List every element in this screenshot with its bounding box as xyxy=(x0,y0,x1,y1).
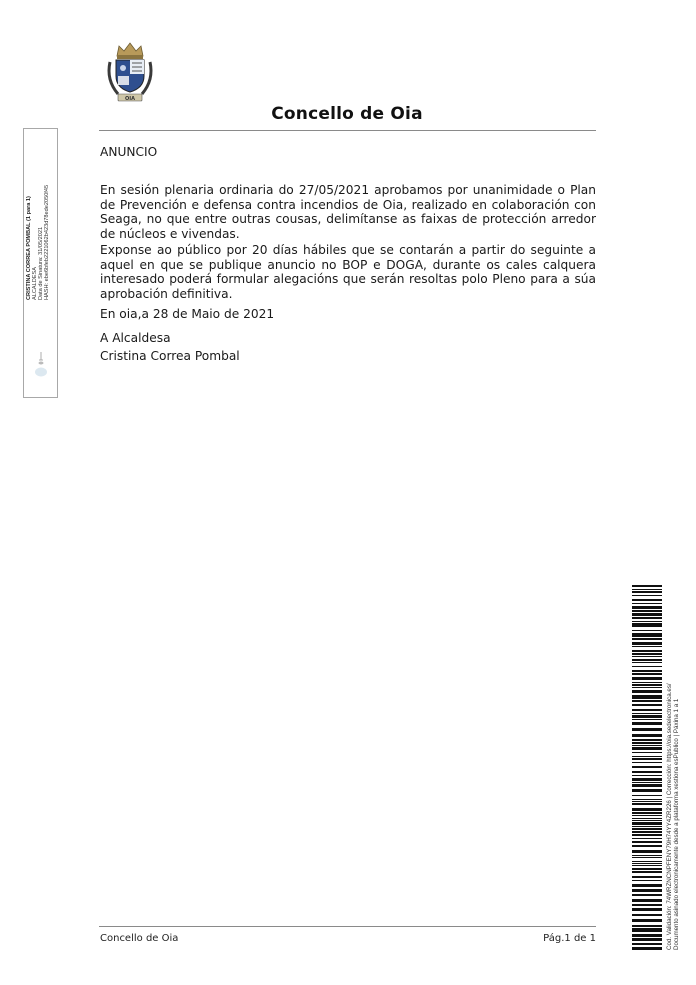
signature-hash: HASH: ebe6bfeb2221062b423d78ede2050f45 xyxy=(45,185,51,300)
validation-platform: Documento asinado electronicamente desde… xyxy=(673,683,680,950)
footer-org: Concello de Oia xyxy=(100,933,178,944)
document-heading: ANUNCIO xyxy=(100,145,596,160)
signature-stamp-icon xyxy=(33,350,49,380)
footer-divider xyxy=(99,926,596,927)
signer-role: A Alcaldesa xyxy=(100,331,171,345)
signature-info: CRISTINA CORREA POMBAL (1 para 1) ALCALD… xyxy=(27,185,51,300)
barcode-icon xyxy=(632,585,662,950)
svg-text:OIA: OIA xyxy=(125,96,135,102)
place-date: En oia,a 28 de Maio de 2021 xyxy=(100,307,274,321)
page-title: Concello de Oia xyxy=(98,104,596,124)
validation-info: Cod. Validación: 74WRZNCNPFENY79H74YY4ZR… xyxy=(666,683,680,950)
coat-of-arms-icon: OIA xyxy=(104,40,156,104)
validation-code: Cod. Validación: 74WRZNCNPFENY79H74YY4ZR… xyxy=(666,683,673,950)
header-divider xyxy=(99,130,596,131)
paragraph: Exponse ao público por 20 días hábiles q… xyxy=(100,243,596,301)
signer-name: Cristina Correa Pombal xyxy=(100,349,240,363)
paragraph: En sesión plenaria ordinaria do 27/05/20… xyxy=(100,183,596,241)
page-number: Pág.1 de 1 xyxy=(543,933,596,944)
